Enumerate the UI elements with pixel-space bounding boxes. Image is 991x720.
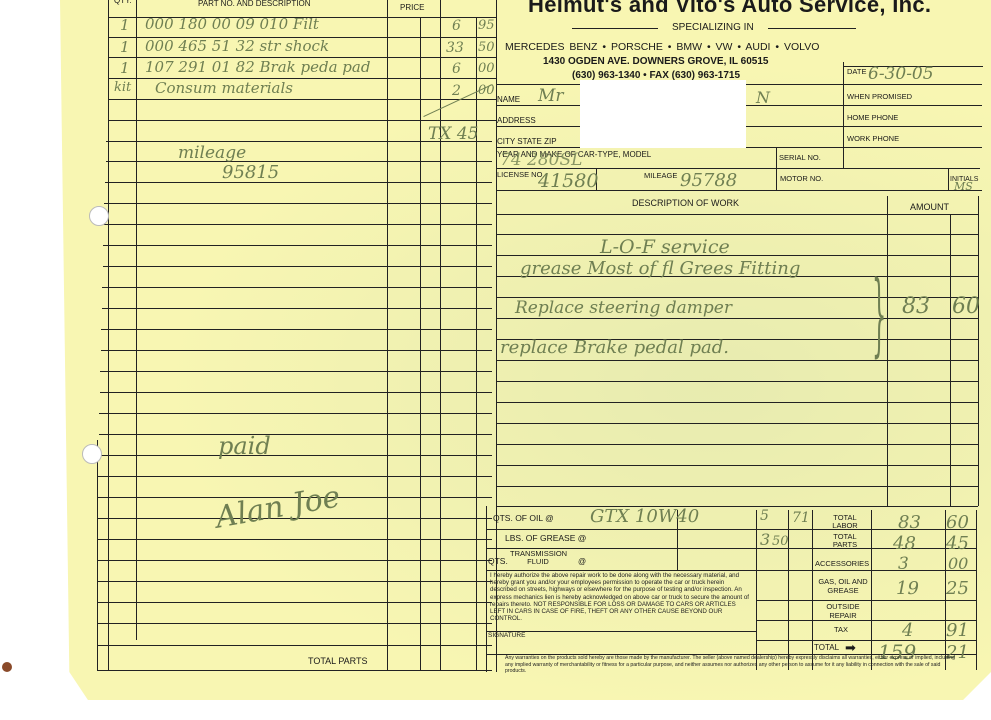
license-value: 41580 [538,170,598,192]
part-qty: 1 [120,16,130,34]
part-qty: kit [114,80,131,95]
home-phone-label: HOME PHONE [847,113,898,122]
work-brace: } [872,262,886,367]
accessories-dollars: 3 [898,554,909,574]
gas-oil-grease-cents: 25 [946,578,969,599]
col-qty-header: QTY. [114,0,132,5]
part-dollars: 6 [452,18,461,34]
total-parts-label: TOTAL PARTS [308,656,368,666]
part-cents: 95 [478,18,495,33]
col-price-header: PRICE [400,3,424,12]
name-label: NAME [497,95,520,104]
work-amount-dollars: 83 [902,294,930,319]
mileage-note: mileage [178,143,246,163]
motor-label: MOTOR NO. [780,174,823,183]
part-qty: 1 [120,59,130,77]
mileage-value: 95788 [680,170,737,191]
part-desc: 000 465 51 32 str shock [145,37,329,55]
punch-hole-top [89,206,109,226]
when-promised-label: WHEN PROMISED [847,92,912,101]
tax-label: TAX [834,625,848,634]
work-line: grease Most of fl Grees Fitting [520,258,800,279]
grand-total-label: TOTAL [814,643,839,652]
gas-oil-grease-label: GAS, OIL AND GREASE [815,577,871,595]
company-name: Helmut's and Vito's Auto Service, Inc. [528,0,931,18]
outside-repair-label: OUTSIDE REPAIR [818,602,868,620]
initials-value: MS [954,180,973,193]
car-value: 74 280SL [500,150,582,170]
paid-note: paid [218,432,271,460]
part-dollars: 2 [452,83,461,99]
mileage-note-value: 95815 [222,162,279,183]
trans-fluid-label: TRANSMISSION FLUID [510,550,566,566]
stain-mark [2,662,12,672]
part-desc: 000 180 00 09 010 Filt [145,15,319,33]
part-qty: 1 [120,38,130,56]
work-line: Replace steering damper [515,298,732,318]
total-labor-cents: 60 [946,512,969,533]
total-labor-dollars: 83 [898,512,921,533]
tax-cents: 91 [946,620,969,641]
tax-dollars: 4 [902,620,913,641]
arrow-right-icon: ➡ [845,640,856,656]
city-state-zip-label: CITY STATE ZIP [497,137,557,146]
description-header: DESCRIPTION OF WORK [632,198,739,208]
specializing-in: SPECIALIZING IN [672,22,754,33]
part-cents: 00 [478,61,495,76]
signature-label: SIGNATURE [488,632,525,639]
total-parts-label-right: TOTAL PARTS [823,533,867,549]
serial-label: SERIAL NO. [779,153,821,162]
subtotal-note: TX 45 [428,124,478,144]
date-label: DATE [847,67,866,76]
oil-price: 71 [792,510,810,526]
trans-at: @ [578,557,586,566]
address-label: ADDRESS [497,116,536,125]
part-desc: Consum materials [155,79,293,97]
work-line: L-O-F service [600,236,730,258]
gas-oil-grease-dollars: 19 [896,578,919,599]
amount-header: AMOUNT [910,202,949,212]
shop-address: 1430 OGDEN AVE. DOWNERS GROVE, IL 60515 [543,56,768,67]
grease-label: LBS. OF GREASE @ [505,533,586,543]
name-value: Mr [538,86,564,106]
authorization-text: I hereby authorize the above repair work… [490,572,752,622]
total-parts-cents: 45 [946,533,969,554]
part-desc: 107 291 01 82 Brak peda pad [145,58,370,76]
accessories-cents: 00 [948,554,968,573]
work-phone-label: WORK PHONE [847,134,899,143]
trans-qts-label: QTS. [488,556,508,566]
oil-qty: 5 [760,508,769,524]
work-line: replace Brake pedal pad. [500,337,729,358]
brands: MERCEDES BENZ • PORSCHE • BMW • VW • AUD… [505,41,819,53]
grease-qty: 3 [760,530,770,549]
col-part-header: PART NO. AND DESCRIPTION [198,0,310,8]
date-value: 6-30-05 [868,64,934,84]
oil-value: GTX 10W40 [590,506,699,527]
part-cents: 50 [478,40,495,55]
part-dollars: 6 [452,61,461,77]
warranty-disclaimer: Any warranties on the products sold here… [505,655,960,675]
total-labor-label: TOTAL LABOR [823,514,867,530]
work-amount-cents: 60 [952,294,980,319]
mileage-label: MILEAGE [644,171,677,180]
oil-label: QTS. OF OIL @ [493,513,554,523]
redacted-customer-block [580,80,746,148]
punch-hole-bottom [82,444,102,464]
accessories-label: ACCESSORIES [815,559,869,568]
grease-price: 50 [772,534,789,549]
total-parts-dollars: 48 [893,533,916,554]
part-dollars: 33 [446,40,464,56]
name-value-end: N [756,88,770,107]
